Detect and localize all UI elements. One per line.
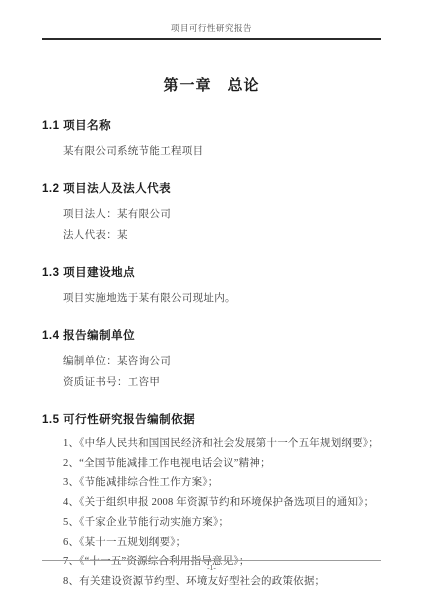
section-heading: 1.4 报告编制单位 [42, 327, 381, 343]
list-item: 2、“全国节能减排工作电视电话会议”精神； [63, 454, 381, 474]
chapter-title: 第一章 总论 [42, 74, 381, 95]
list-item: 6、《某十一五规划纲要》； [63, 533, 381, 553]
section-project-name: 1.1 项目名称 某有限公司系统节能工程项目 [42, 117, 381, 158]
section-heading: 1.3 项目建设地点 [42, 264, 381, 280]
paragraph: 项目实施地选于某有限公司现址内。 [63, 292, 381, 305]
document-page: 项目可行性研究报告 第一章 总论 1.1 项目名称 某有限公司系统节能工程项目 … [0, 0, 423, 600]
page-footer: -1- [0, 560, 423, 572]
section-legal-person: 1.2 项目法人及法人代表 项目法人：某有限公司 法人代表：某 [42, 180, 381, 242]
list-item: 1、《中华人民共和国国民经济和社会发展第十一个五年规划纲要》； [63, 434, 381, 454]
list-item: 8、有关建设资源节约型、环境友好型社会的政策依据； [63, 572, 381, 592]
list-item: 4、《关于组织申报 2008 年资源节约和环境保护备选项目的通知》； [63, 493, 381, 513]
paragraph: 项目法人：某有限公司 [63, 208, 381, 221]
paragraph: 法人代表：某 [63, 229, 381, 242]
section-heading: 1.5 可行性研究报告编制依据 [42, 411, 381, 427]
list-item: 5、《千家企业节能行动实施方案》； [63, 513, 381, 533]
section-heading: 1.2 项目法人及法人代表 [42, 180, 381, 196]
section-heading: 1.1 项目名称 [42, 117, 381, 133]
paragraph: 资质证书号：工咨甲 [63, 376, 381, 389]
section-preparation-unit: 1.4 报告编制单位 编制单位：某咨询公司 资质证书号：工咨甲 [42, 327, 381, 389]
paragraph: 编制单位：某咨询公司 [63, 355, 381, 368]
section-location: 1.3 项目建设地点 项目实施地选于某有限公司现址内。 [42, 264, 381, 305]
list-item: 3、《节能减排综合性工作方案》； [63, 473, 381, 493]
page-content: 第一章 总论 1.1 项目名称 某有限公司系统节能工程项目 1.2 项目法人及法… [42, 74, 381, 592]
header-title: 项目可行性研究报告 [42, 22, 381, 34]
paragraph: 某有限公司系统节能工程项目 [63, 145, 381, 158]
page-header: 项目可行性研究报告 [42, 0, 381, 40]
footer-divider [42, 560, 381, 561]
page-number: -1- [0, 563, 423, 572]
